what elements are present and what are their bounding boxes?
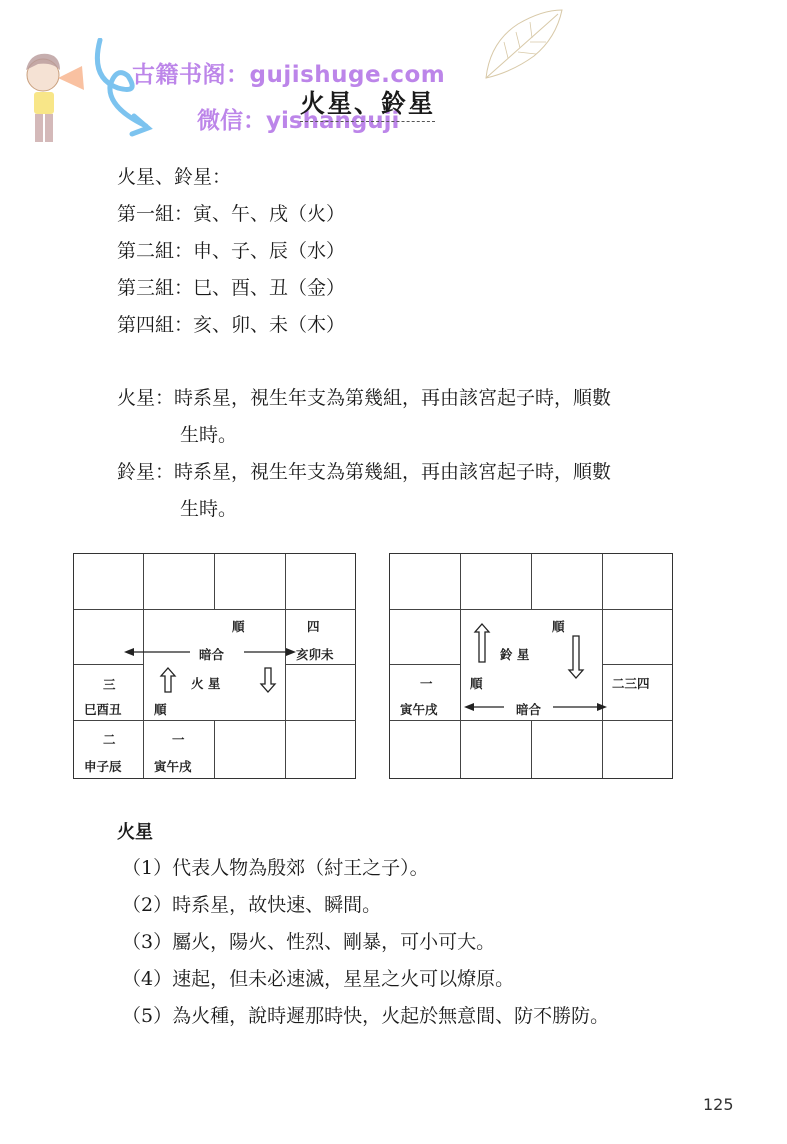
- definition-huoxing: 火星：時系星，視生年支為第幾組，再由該宮起子時，順數: [117, 380, 611, 417]
- definition-lingxing-cont: 生時。: [117, 491, 611, 528]
- definition-lingxing: 鈴星：時系星，視生年支為第幾組，再由該宮起子時，順數: [117, 454, 611, 491]
- list-item: （5）為火種，說時遲那時快，火起於無意間、防不勝防。: [122, 998, 609, 1035]
- page-title: 火星、鈴星: [300, 84, 435, 122]
- direction-arrows-icon: [74, 554, 357, 780]
- list-item: （3）屬火，陽火、性烈、剛暴，可小可大。: [122, 924, 609, 961]
- direction-arrows-icon: [390, 554, 674, 780]
- diagram-lingxing: 順 鈴 星 一 順 二三四 寅午戌 暗合: [389, 553, 673, 779]
- group-item: 第一組：寅、午、戌（火）: [117, 196, 345, 233]
- groups-block: 火星、鈴星： 第一組：寅、午、戌（火） 第二組：申、子、辰（水） 第三組：巳、酉…: [117, 159, 345, 344]
- diagram-huoxing: 順 四 暗合 亥卯未 火 星 三 巳酉丑 順 二 一 申子辰 寅午戌: [73, 553, 356, 779]
- list-item: （2）時系星，故快速、瞬間。: [122, 887, 609, 924]
- definitions-block: 火星：時系星，視生年支為第幾組，再由該宮起子時，順數 生時。 鈴星：時系星，視生…: [117, 380, 611, 528]
- trait-list: （1）代表人物為殷郊（紂王之子）。 （2）時系星，故快速、瞬間。 （3）屬火，陽…: [122, 850, 609, 1035]
- leaf-icon: [478, 2, 568, 82]
- cartoon-figure-icon: [8, 40, 98, 155]
- section-heading: 火星: [117, 818, 153, 844]
- list-item: （4）速起，但未必速滅，星星之火可以燎原。: [122, 961, 609, 998]
- group-item: 第二組：申、子、辰（水）: [117, 233, 345, 270]
- group-item: 第三組：巳、酉、丑（金）: [117, 270, 345, 307]
- list-item: （1）代表人物為殷郊（紂王之子）。: [122, 850, 609, 887]
- groups-intro: 火星、鈴星：: [117, 159, 345, 196]
- group-item: 第四組：亥、卯、未（木）: [117, 307, 345, 344]
- page-number: 125: [703, 1095, 734, 1114]
- definition-huoxing-cont: 生時。: [117, 417, 611, 454]
